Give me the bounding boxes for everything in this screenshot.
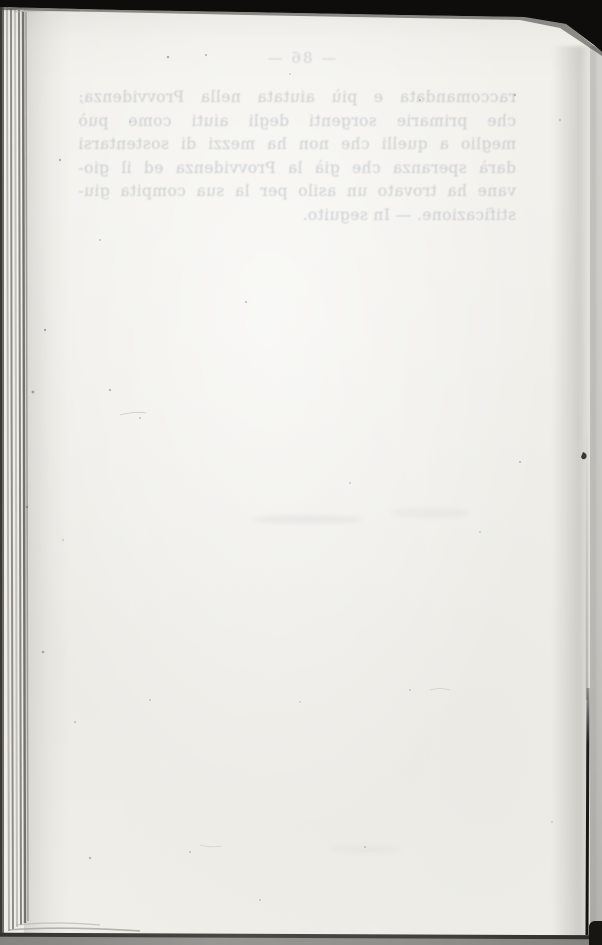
paper-specks (0, 0, 602, 945)
edge-nick-mark (581, 452, 587, 459)
scanned-book-page: — 86 — raccomandata e più aiutata nella … (0, 0, 602, 945)
